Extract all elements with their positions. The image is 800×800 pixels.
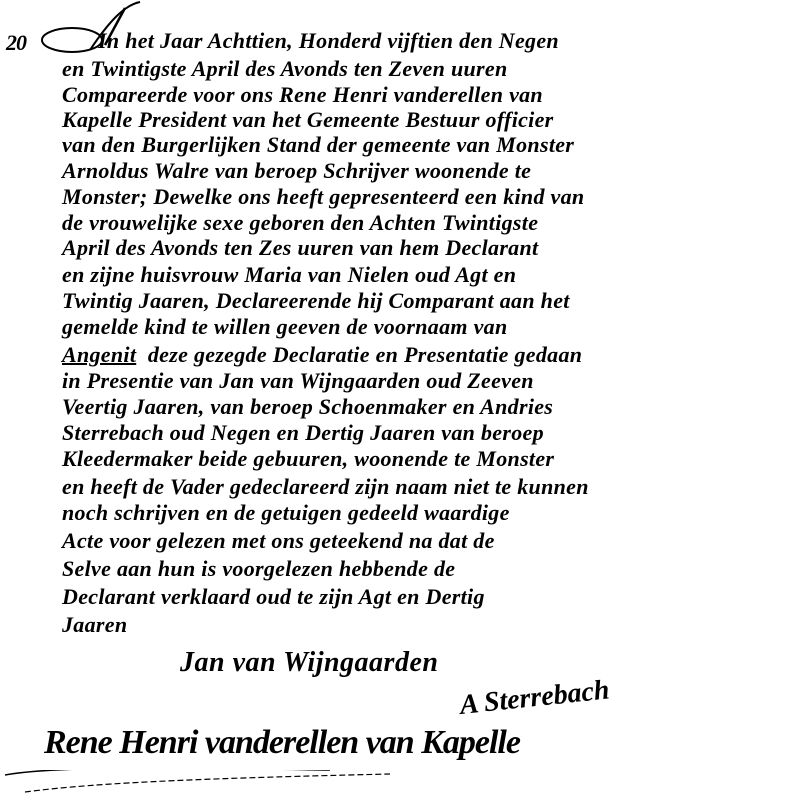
record-line-9: April des Avonds ten Zes uuren van hem D… (62, 235, 538, 261)
record-line-16: Sterrebach oud Negen en Dertig Jaaren va… (62, 420, 544, 446)
signature-witness-2: A Sterrebach (458, 674, 611, 722)
record-line-14: in Presentie van Jan van Wijngaarden oud… (62, 368, 534, 394)
signature-witness-1: Jan van Wijngaarden (180, 647, 438, 679)
record-line-2: en Twintigste April des Avonds ten Zeven… (62, 56, 507, 82)
record-line-4: Kapelle President van het Gemeente Bestu… (62, 107, 554, 133)
document-page: 20 In het Jaar Achttien, Honderd vijftie… (0, 0, 800, 800)
record-line-18: en heeft de Vader gedeclareerd zijn naam… (62, 474, 589, 500)
signature-officer: Rene Henri vanderellen van Kapelle (44, 724, 520, 762)
underlined-given-name: Angenit (62, 342, 136, 367)
record-line-10: en zijne huisvrouw Maria van Nielen oud … (62, 262, 516, 288)
record-line-21: Selve aan hun is voorgelezen hebbende de (62, 556, 455, 582)
record-line-5: van den Burgerlijken Stand der gemeente … (62, 132, 574, 158)
record-line-19: noch schrijven en de getuigen gedeeld wa… (62, 500, 510, 526)
entry-number: 20 (6, 30, 26, 56)
record-line-7: Monster; Dewelke ons heeft gepresenteerd… (62, 184, 584, 210)
record-line-20: Acte voor gelezen met ons geteekend na d… (62, 528, 495, 554)
signature-flourish-icon (0, 770, 400, 800)
record-line-12: gemelde kind te willen geeven de voornaa… (62, 314, 508, 340)
record-line-6: Arnoldus Walre van beroep Schrijver woon… (62, 158, 531, 184)
record-line-8: de vrouwelijke sexe geboren den Achten T… (62, 210, 538, 236)
record-line-15: Veertig Jaaren, van beroep Schoenmaker e… (62, 394, 553, 420)
record-line-17: Kleedermaker beide gebuuren, woonende te… (62, 446, 554, 472)
record-line-13-rest: deze gezegde Declaratie en Presentatie g… (142, 342, 582, 367)
record-line-22: Declarant verklaard oud te zijn Agt en D… (62, 584, 485, 610)
record-line-23: Jaaren (62, 612, 127, 638)
record-line-3: Compareerde voor ons Rene Henri vanderel… (62, 82, 543, 108)
record-line-13: Angenit deze gezegde Declaratie en Prese… (62, 342, 582, 368)
record-line-1: In het Jaar Achttien, Honderd vijftien d… (98, 28, 559, 54)
record-line-11: Twintig Jaaren, Declareerende hij Compar… (62, 288, 570, 314)
